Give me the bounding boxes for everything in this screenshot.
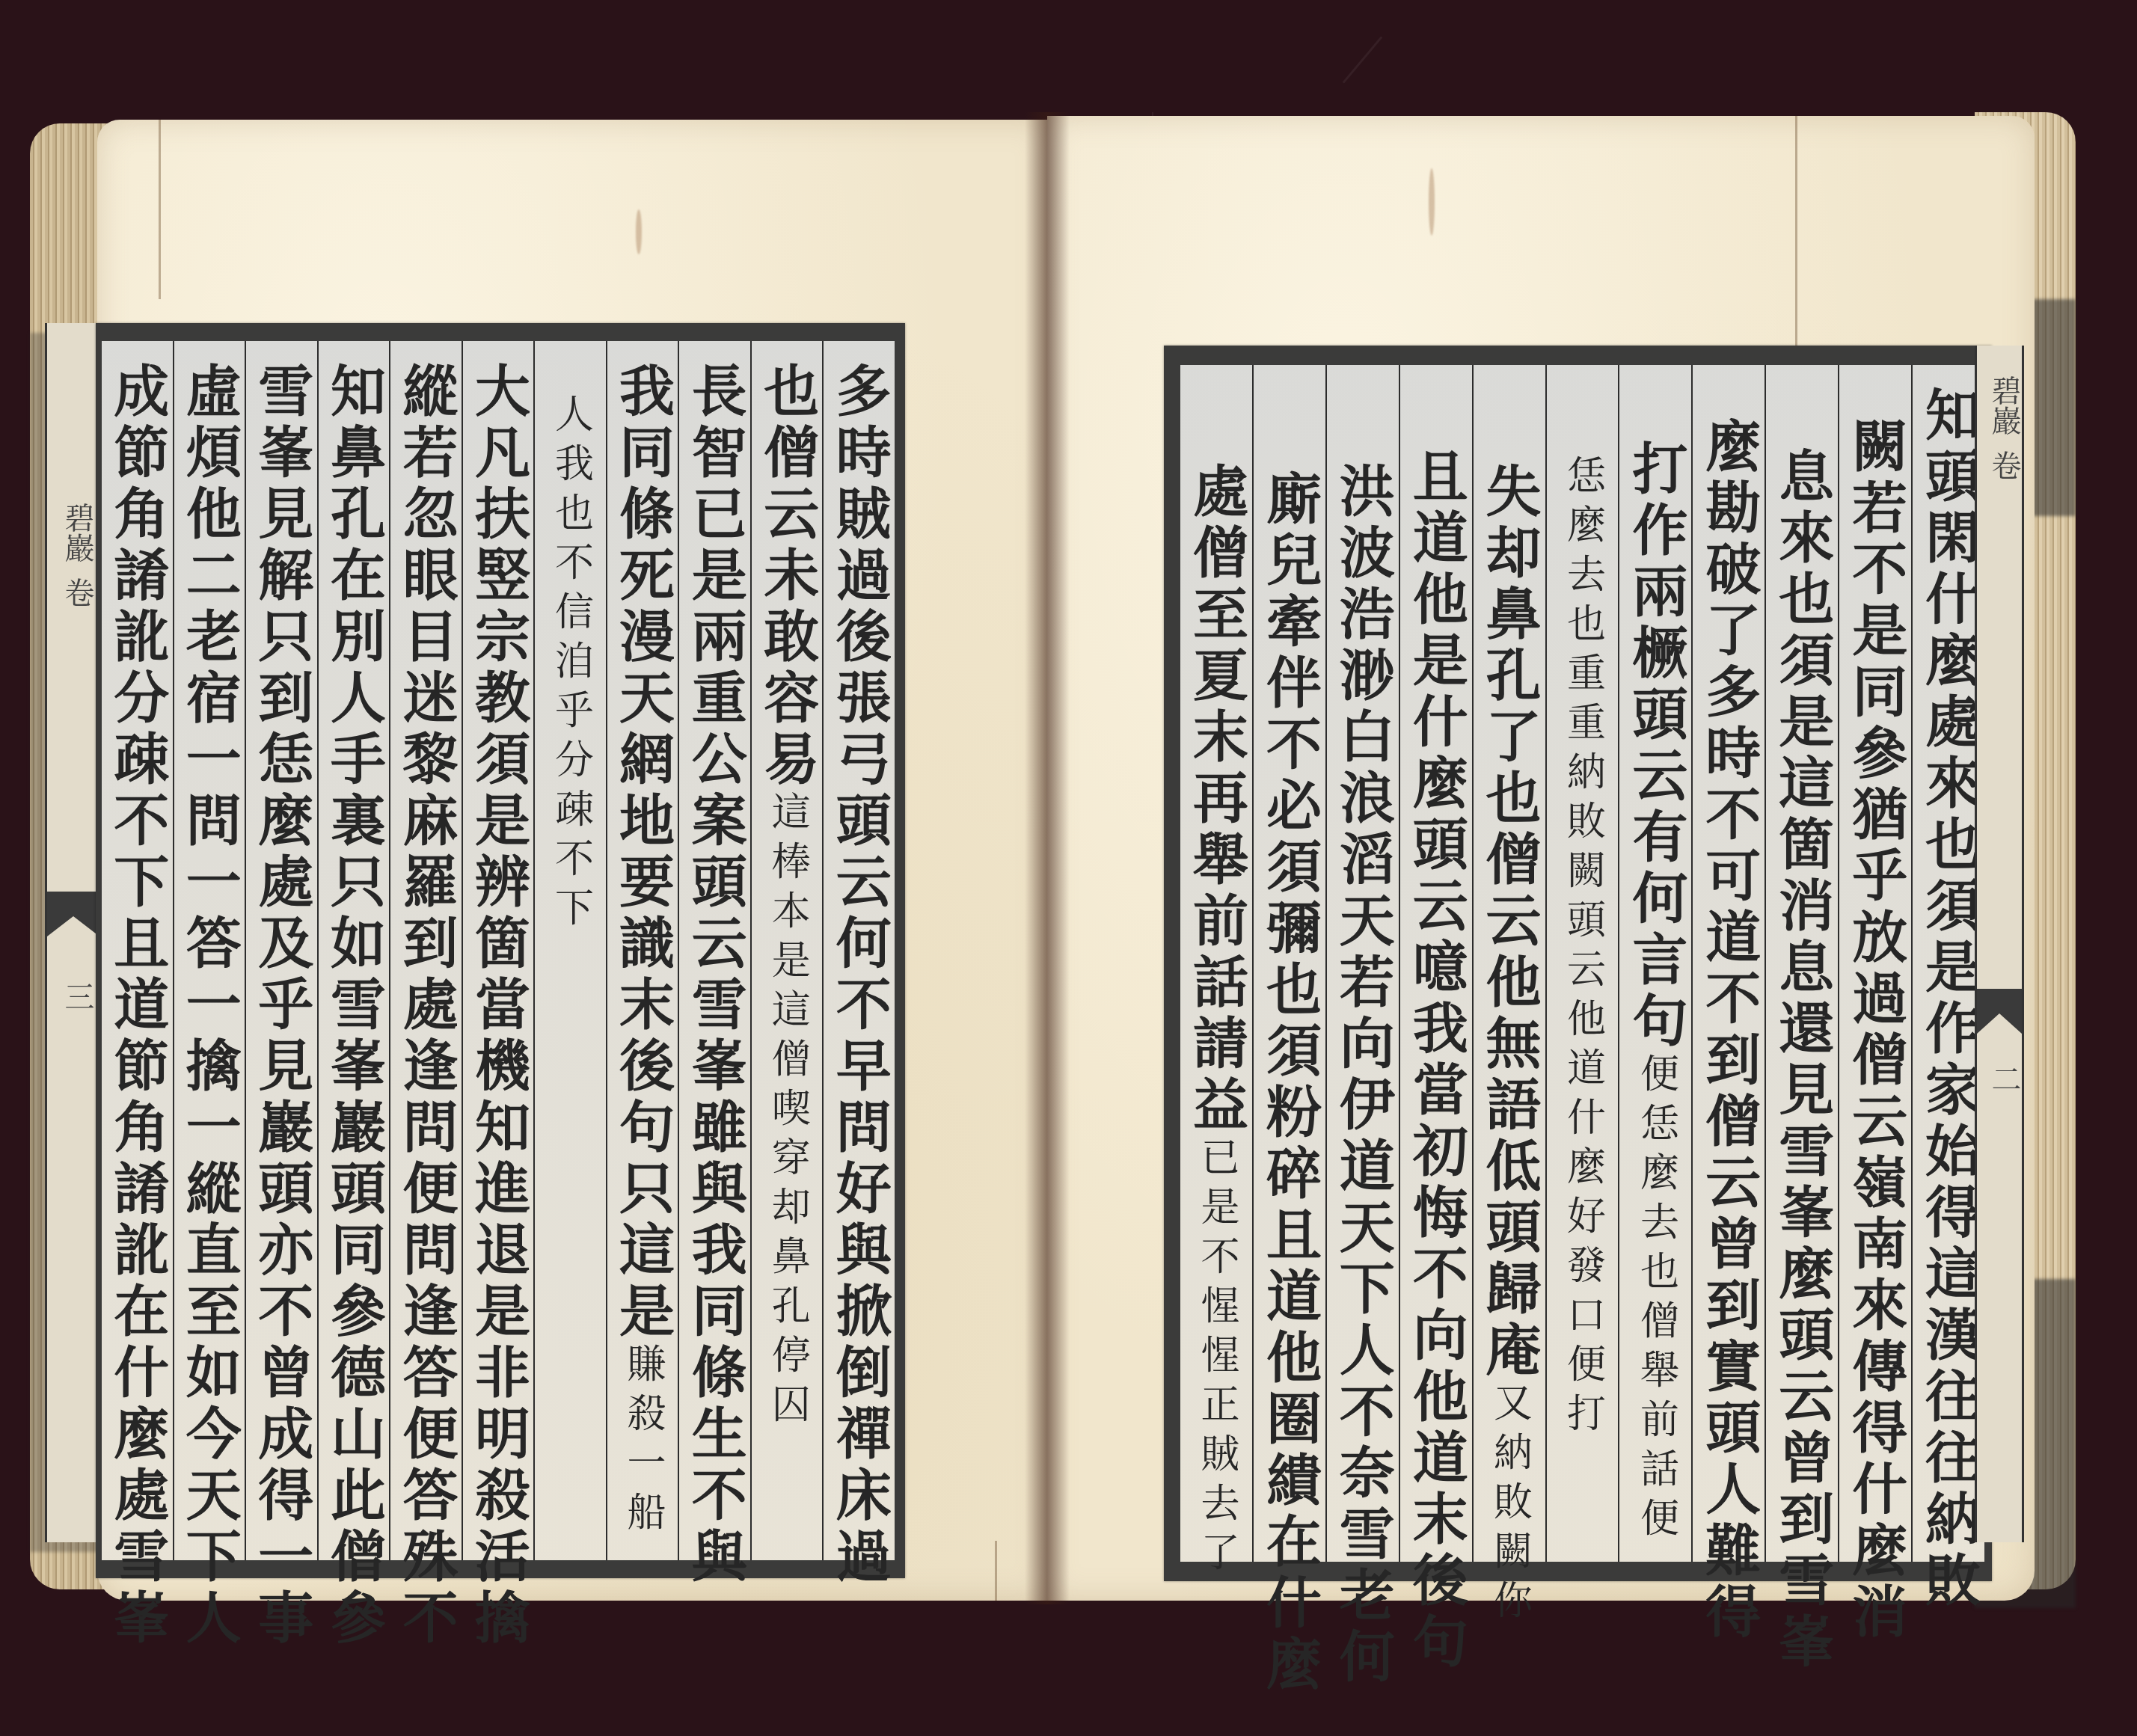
text-column: 且道他是什麼頭云噫我當初悔不向他道末後句	[1399, 365, 1472, 1562]
left-fold-margin: 碧巖 卷 三	[45, 323, 102, 1542]
fish-tail-ornament	[1977, 989, 2022, 1034]
text-column: 成節角誵訛分疎不下且道節角誵訛在什麼處雪峯	[102, 341, 173, 1560]
text-column: 麼勘破了多時不可道不到僧云曾到實頭人難得	[1691, 365, 1765, 1562]
fold-page-number: 二	[1983, 1064, 2026, 1094]
text-column: 人我也不信洎乎分疎不下	[533, 341, 606, 1560]
interlinear-annotation: 恁麼去也重重納敗闕頭云他道什麼好發口便打	[1560, 455, 1605, 1442]
text-column: 虛煩他二老宿一問一答一擒一縱直至如今天下人	[173, 341, 245, 1560]
text-column: 我同條死漫天網地要識末後句只這是賺殺一船	[606, 341, 678, 1560]
fish-tail-ornament	[47, 892, 99, 936]
right-page-frame: 知頭閑什麼處來也須是作家始得這漢往往納敗 闕若不是同參猶乎放過僧云嶺南來傳得什麼…	[1164, 346, 1992, 1581]
background-scratch	[1343, 36, 1383, 83]
text-column: 大凡扶竪宗教須是辨箇當機知進退是非明殺活擒	[462, 341, 534, 1560]
text-column: 處僧至夏末再舉前話請益已是不惺惺正賊去了	[1180, 365, 1252, 1562]
text-column: 洪波浩渺白浪滔天若向伊道天下人不奈雪老何	[1325, 365, 1399, 1562]
book-gutter	[1025, 112, 1070, 1604]
text-column: 也僧云未敢容易這棒本是這僧喫穿却鼻孔停囚	[750, 341, 823, 1560]
text-column: 知頭閑什麼處來也須是作家始得這漢往往納敗	[1911, 365, 1984, 1562]
text-column: 縱若忽眼目迷黎麻羅到處逢問便問逢答便答殊不	[389, 341, 462, 1560]
paper-crease	[1795, 116, 1797, 363]
interlinear-annotation: 這棒本是這僧喫穿却鼻孔停囚	[764, 791, 809, 1433]
text-column: 闕若不是同參猶乎放過僧云嶺南來傳得什麼消	[1838, 365, 1911, 1562]
right-text-columns: 知頭閑什麼處來也須是作家始得這漢往往納敗 闕若不是同參猶乎放過僧云嶺南來傳得什麼…	[1180, 365, 1984, 1562]
paper-crease	[159, 120, 161, 299]
paper-stain	[1429, 168, 1435, 236]
interlinear-annotation: 已是不惺惺正賊去了	[1194, 1137, 1239, 1581]
text-column: 長智已是兩重公案頭云雪峯雖與我同條生不與	[678, 341, 750, 1560]
text-column: 知鼻孔在別人手裏只如雪峯巖頭同參德山此僧參	[317, 341, 390, 1560]
text-column: 恁麼去也重重納敗闕頭云他道什麼好發口便打	[1545, 365, 1619, 1562]
interlinear-annotation: 人我也不信洎乎分疎不下	[548, 393, 593, 936]
text-column: 息來也須是這箇消息還見雪峯麼頭云曾到雪峯	[1765, 365, 1838, 1562]
interlinear-annotation: 便恁麼去也僧舉前話便	[1633, 1053, 1678, 1547]
interlinear-annotation: 又納敗闕你	[1487, 1382, 1532, 1629]
text-column: 雪峯見解只到恁麼處及乎見巖頭亦不曾成得一事	[245, 341, 317, 1560]
text-column: 打作兩橛頭云有何言句便恁麼去也僧舉前話便	[1618, 365, 1691, 1562]
left-page-frame: 多時賊過後張弓頭云何不早問好與掀倒禪床過 也僧云未敢容易這棒本是這僧喫穿却鼻孔停…	[96, 323, 905, 1578]
paper-stain	[636, 209, 642, 254]
fold-title: 碧巖	[56, 503, 99, 562]
fold-page-number: 三	[56, 981, 99, 1011]
text-column: 多時賊過後張弓頭云何不早問好與掀倒禪床過	[822, 341, 895, 1560]
fold-volume: 卷	[1983, 450, 2026, 480]
text-column: 廝兒牽伴不必須彌也須粉碎且道他圈繢在什麼	[1252, 365, 1325, 1562]
right-fold-margin: 碧巖 卷 二	[1975, 346, 2024, 1542]
paper-crease	[995, 1541, 997, 1601]
fold-volume: 卷	[56, 577, 99, 607]
left-text-columns: 多時賊過後張弓頭云何不早問好與掀倒禪床過 也僧云未敢容易這棒本是這僧喫穿却鼻孔停…	[102, 341, 895, 1560]
interlinear-annotation: 賺殺一船	[620, 1343, 665, 1541]
text-column: 失却鼻孔了也僧云他無語低頭歸庵又納敗闕你	[1472, 365, 1545, 1562]
fold-title: 碧巖	[1983, 375, 2026, 435]
